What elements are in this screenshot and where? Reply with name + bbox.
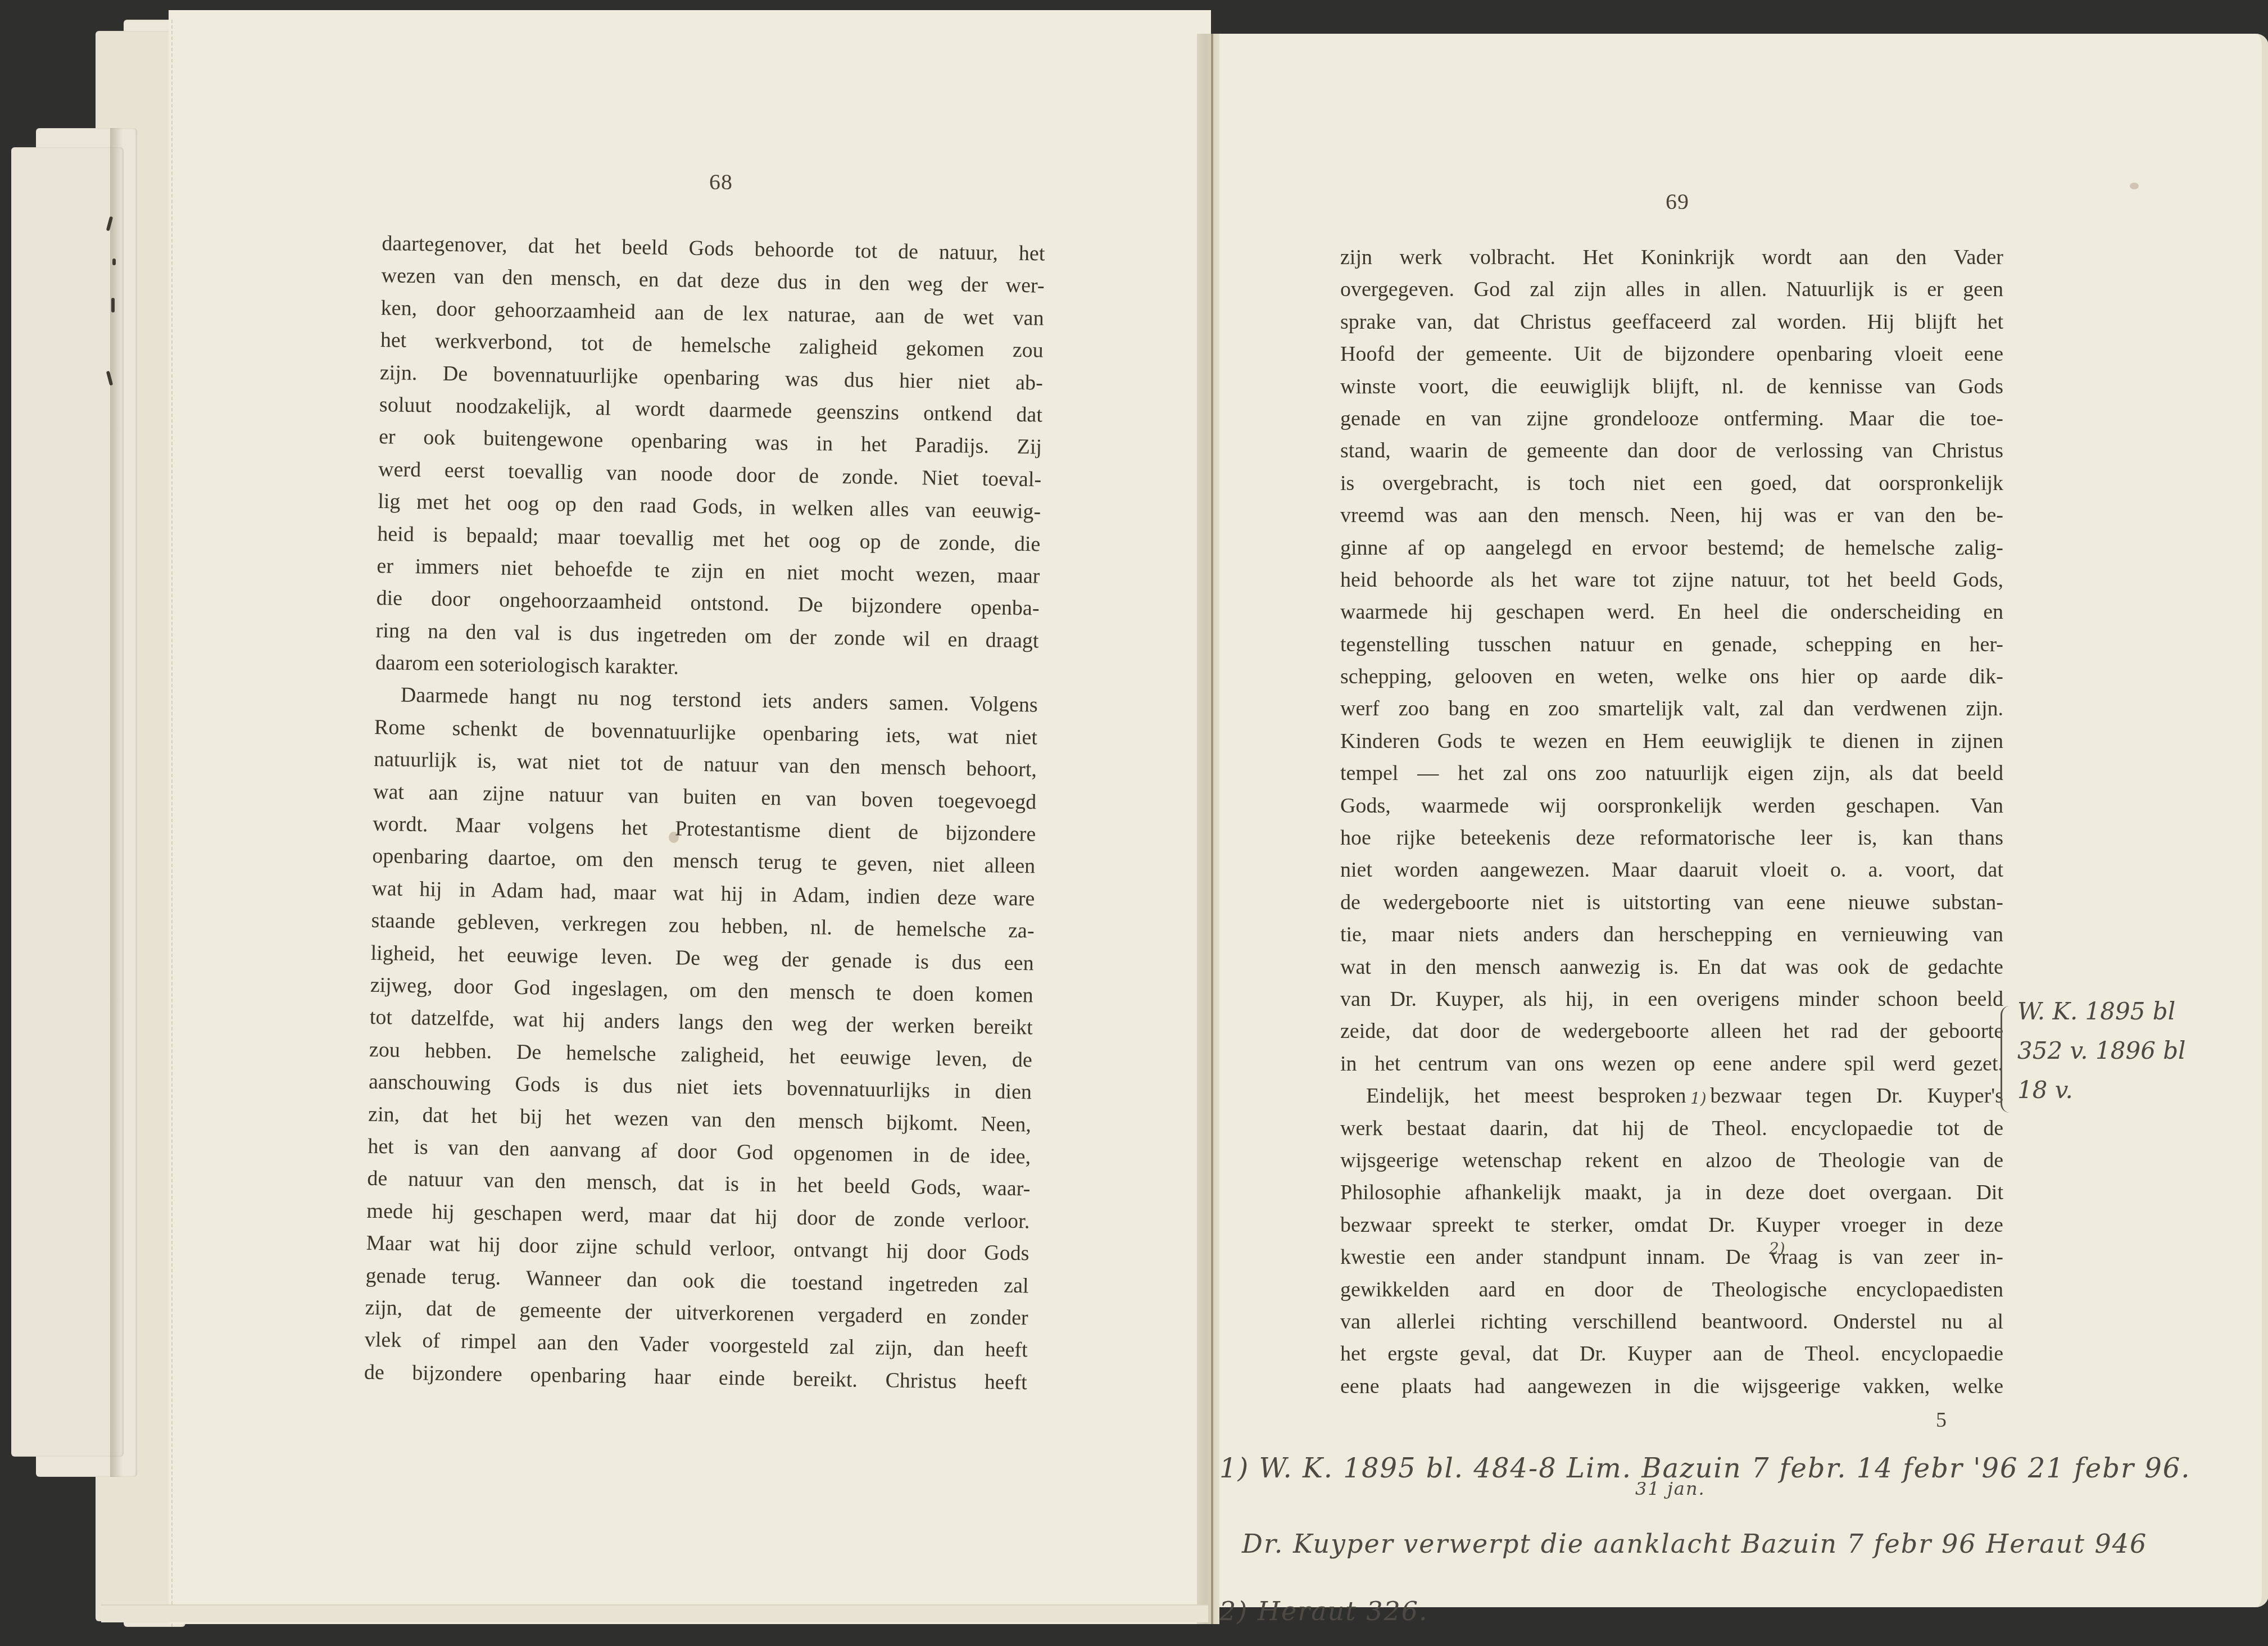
text-line: in het centrum van ons wezen op eene and… xyxy=(1340,1048,2003,1080)
text-line: tie, maar niets anders dan herschepping … xyxy=(1340,919,2003,951)
text-line: sprake van, dat Christus geeffaceerd zal… xyxy=(1340,306,2003,338)
margin-note-line: W. K. 1895 bl xyxy=(2017,992,2186,1031)
text-line: winste voort, die eeuwiglijk blijft, nl.… xyxy=(1340,371,2003,403)
left-page-body: daartegenover, dat het beeld Gods behoor… xyxy=(364,228,1045,1399)
text-line: wat in den mensch aanwezig is. En dat wa… xyxy=(1340,951,2003,983)
loose-sheet xyxy=(11,147,124,1457)
text-line: zijn werk volbracht. Het Koninkrijk word… xyxy=(1340,242,2003,274)
text-line: tempel — het zal ons zoo natuurlijk eige… xyxy=(1340,758,2003,790)
text-line: waarmede hij geschapen werd. En heel die… xyxy=(1340,596,2003,628)
margin-note-line: 352 v. 1896 bl xyxy=(2017,1031,2186,1071)
text-line: Philosophie afhankelijk maakt, ja in dez… xyxy=(1340,1177,2003,1209)
foxing-spot xyxy=(2130,183,2139,189)
text-line: tegenstelling tusschen natuur en genade,… xyxy=(1340,629,2003,661)
handwritten-footnote-marker: 1) xyxy=(1690,1089,1707,1108)
text-line: de wedergeboorte niet is uitstorting van… xyxy=(1340,887,2003,919)
text-line: wijsgeerige wetenschap rekent en alzoo d… xyxy=(1340,1145,2003,1177)
text-line: van allerlei richting verschillend beant… xyxy=(1340,1306,2003,1338)
right-page-body: zijn werk volbracht. Het Koninkrijk word… xyxy=(1340,242,2003,1403)
signature-mark: 5 xyxy=(1936,1408,1947,1432)
margin-note-line: 18 v. xyxy=(2017,1071,2186,1110)
text-line: het ergste geval, dat Dr. Kuyper aan de … xyxy=(1340,1338,2003,1370)
page-number-left: 68 xyxy=(709,169,733,195)
text-line: heid behoorde als het ware tot zijne nat… xyxy=(1340,564,2003,596)
text-line: overgegeven. God zal zijn alles in allen… xyxy=(1340,274,2003,306)
text-line: hoe rijke beteekenis deze reformatorisch… xyxy=(1340,822,2003,854)
handwritten-brace xyxy=(2001,1006,2017,1113)
text-line: Eindelijk, het meest besproken bezwaar t… xyxy=(1340,1080,2003,1112)
text-line: schepping, gelooven en weten, welke ons … xyxy=(1340,661,2003,693)
text-line: eene plaats had aangewezen in die wijsge… xyxy=(1340,1371,2003,1403)
deckle-edge xyxy=(138,20,173,1627)
text-line: gewikkelden aard en door de Theologische… xyxy=(1340,1274,2003,1306)
spine-fold xyxy=(1211,34,1213,1624)
text-line: Gods, waarmede wij oorspronkelijk werden… xyxy=(1340,790,2003,822)
text-line: Kinderen Gods te wezen en Hem eeuwiglijk… xyxy=(1340,725,2003,758)
book-gutter xyxy=(1197,34,1219,1624)
text-line: werf zoo bang en zoo smartelijk valt, za… xyxy=(1340,693,2003,725)
handwritten-footnote-1-subnote: 31 jan. xyxy=(1635,1478,1705,1499)
handwritten-footnote-marker: 2) xyxy=(1769,1239,1785,1258)
text-line: stand, waarin de gemeente dan door de ve… xyxy=(1340,435,2003,467)
text-line: van Dr. Kuyper, als hij, in een overigen… xyxy=(1340,983,2003,1015)
text-line: is overgebracht, is toch niet een goed, … xyxy=(1340,468,2003,500)
pencil-mark xyxy=(111,298,115,312)
text-line: kwestie een ander standpunt innam. De vr… xyxy=(1340,1241,2003,1273)
text-line: werk bestaat daarin, dat hij de Theol. e… xyxy=(1340,1113,2003,1145)
pencil-mark xyxy=(112,259,116,265)
text-line: vreemd was aan den mensch. Neen, hij was… xyxy=(1340,500,2003,532)
handwritten-footnote-2: 2) Heraut 326. xyxy=(1219,1596,1428,1626)
text-line: Hoofd der gemeente. Uit de bijzondere op… xyxy=(1340,338,2003,370)
text-line: bezwaar spreekt te sterker, omdat Dr. Ku… xyxy=(1340,1209,2003,1241)
handwritten-footnote-1-continuation: Dr. Kuyper verwerpt die aanklacht Bazuin… xyxy=(1242,1529,2147,1559)
text-line: ginne af op aangelegd en ervoor bestemd;… xyxy=(1340,532,2003,564)
page-bottom-edges xyxy=(101,1604,1208,1622)
page-number-right: 69 xyxy=(1666,188,1689,215)
text-line: niet worden aangewezen. Maar daaruit vlo… xyxy=(1340,854,2003,886)
handwritten-margin-note: W. K. 1895 bl 352 v. 1896 bl 18 v. xyxy=(2017,992,2186,1110)
text-line: zeide, dat door de wedergeboorte alleen … xyxy=(1340,1015,2003,1048)
text-line: genade en van zijne grondelooze ontfermi… xyxy=(1340,403,2003,435)
sheet-shadow xyxy=(110,128,123,1477)
